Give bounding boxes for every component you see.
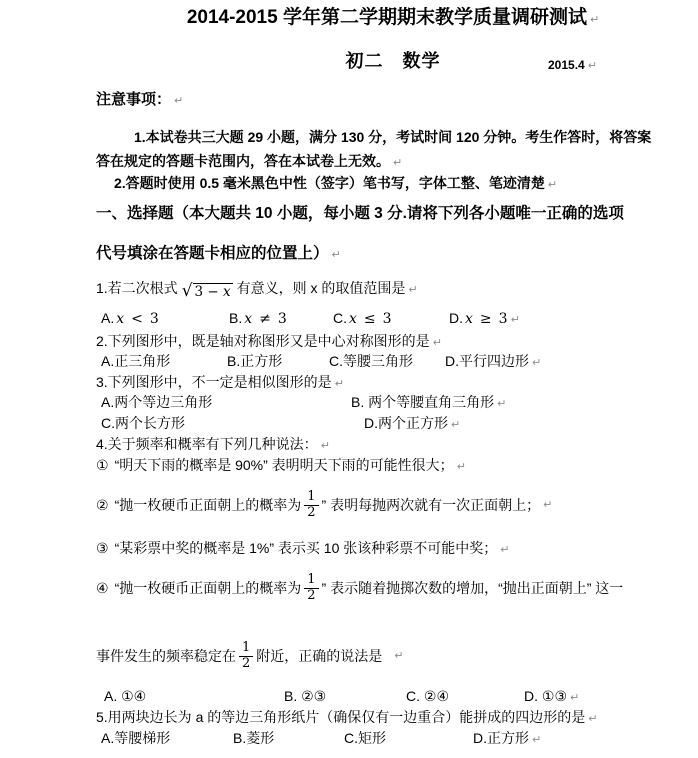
relation-symbol: <: [131, 311, 143, 327]
q1-stem-suffix: 有意义，则 x 的取值范围是: [237, 280, 406, 296]
paragraph-mark: ↵: [532, 357, 541, 369]
paragraph-mark: ↵: [457, 461, 466, 473]
option-value: 3: [150, 311, 159, 327]
page-title-text: 2014-2015 学年第二学期期末教学质量调研测试: [187, 7, 587, 28]
fraction-denominator: 2: [239, 657, 253, 672]
q4-option-a: A. ①④: [104, 686, 146, 706]
question1-stem: 1.若二次根式√3 − x有意义，则 x 的取值范围是↵: [96, 278, 690, 301]
circled-4: ④: [96, 578, 109, 598]
notice-item1-line1-text: 1.本试卷共三大题 29 小题，满分 130 分，考试时间 120 分钟。考生作…: [134, 129, 651, 145]
notice-heading-text: 注意事项：: [96, 91, 171, 108]
q1-option-b: B.x≠3: [229, 308, 287, 329]
paragraph-mark: ↵: [588, 60, 597, 72]
q4-statement2-pre: “抛一枚硬币正面朝上的概率为: [115, 495, 302, 515]
q4-statement4-pre: “抛一枚硬币正面朝上的概率为: [115, 578, 302, 598]
q4-option-d-text: D. ①③: [524, 688, 567, 704]
option-variable: x: [349, 311, 357, 327]
q2-option-a: A.正三角形: [101, 351, 170, 371]
option-variable: x: [465, 311, 473, 327]
option-value: 3: [499, 311, 508, 327]
paragraph-mark: ↵: [321, 440, 330, 452]
q2-option-d-text: D.平行四边形: [445, 353, 529, 369]
q4-statement2-post: ” 表明每抛两次就有一次正面朝上；: [322, 495, 541, 515]
q5-stem-text: 5.用两块边长为 a 的等边三角形纸片（确保仅有一边重合）能拼成的四边形的是: [96, 709, 585, 725]
q4-continuation-post: 附近，正确的说法是: [256, 646, 382, 666]
option-label: C.: [333, 310, 347, 326]
q5-option-c: C.矩形: [344, 728, 386, 748]
q1-option-a: A.x<3: [101, 308, 159, 329]
paragraph-mark: ↵: [548, 179, 557, 191]
q2-option-d: D.平行四边形↵: [445, 351, 541, 373]
option-label: D.: [449, 310, 463, 326]
relation-symbol: ≤: [364, 311, 376, 327]
paragraph-mark: ↵: [393, 157, 402, 169]
exam-date: 2015.4↵: [548, 54, 597, 77]
exam-date-text: 2015.4: [548, 58, 585, 72]
option-label: A.: [101, 310, 114, 326]
paragraph-mark: ↵: [433, 337, 442, 349]
q4-option-c: C. ②④: [406, 686, 449, 706]
question3-stem: 3.下列图形中，不一定是相似图形的是↵: [96, 372, 690, 394]
q4-statement1: ①“明天下雨的概率是 90%” 表明明天下雨的可能性很大；↵: [96, 455, 690, 477]
section1-heading-line1: 一、选择题（本大题共 10 小题，每小题 3 分.请将下列各小题唯一正确的选项: [96, 204, 690, 224]
q4-statement4-continuation: 事件发生的频率稳定在12附近，正确的说法是↵: [96, 633, 690, 679]
q4-continuation-pre: 事件发生的频率稳定在: [96, 646, 236, 666]
paragraph-mark: ↵: [335, 378, 344, 390]
fraction-one-half: 12: [239, 641, 253, 672]
paragraph-mark: ↵: [543, 495, 552, 515]
option-value: 3: [383, 311, 392, 327]
q3-option-c: C.两个长方形: [101, 413, 185, 433]
question4-stem: 4.关于频率和概率有下列几种说法：↵: [96, 434, 690, 456]
q4-statement1-text: “明天下雨的概率是 90%” 表明明天下雨的可能性很大；: [115, 457, 454, 473]
q4-option-b: B. ②③: [284, 686, 326, 706]
square-root-expression: √3 − x: [182, 283, 233, 301]
q3-option-d: D.两个正方形↵: [364, 413, 460, 435]
q2-stem-text: 2.下列图形中，既是轴对称图形又是中心对称图形的是: [96, 333, 430, 349]
section1-heading-line2: 代号填涂在答题卡相应的位置上）↵: [96, 244, 690, 265]
q2-option-b: B.正方形: [227, 351, 282, 371]
q3-option-b: B. 两个等腰直角三角形↵: [351, 392, 506, 414]
q4-option-d: D. ①③↵: [524, 686, 579, 708]
paragraph-mark: ↵: [590, 14, 599, 26]
notice-item2-text: 2.答题时使用 0.5 毫米黑色中性（签字）笔书写，字体工整、笔迹清楚: [114, 175, 545, 191]
paragraph-mark: ↵: [332, 249, 341, 261]
radicand: 3 − x: [193, 283, 233, 301]
section1-heading-line1-text: 一、选择题（本大题共 10 小题，每小题 3 分.请将下列各小题唯一正确的选项: [96, 205, 624, 222]
q5-option-a: A.等腰梯形: [101, 728, 170, 748]
circled-3: ③: [96, 540, 109, 556]
option-variable: x: [244, 311, 252, 327]
q3-option-d-text: D.两个正方形: [364, 415, 448, 431]
option-variable: x: [116, 311, 124, 327]
q1-option-d: D.x≥3↵: [449, 308, 520, 330]
q4-statement3-text: “某彩票中奖的概率是 1%” 表示买 10 张该种彩票不可能中奖；: [115, 540, 498, 556]
page-title: 2014-2015 学年第二学期期末教学质量调研测试↵: [96, 6, 690, 32]
fraction-numerator: 1: [304, 573, 318, 589]
notice-item2: 2.答题时使用 0.5 毫米黑色中性（签字）笔书写，字体工整、笔迹清楚↵: [96, 173, 698, 195]
question5-stem: 5.用两块边长为 a 的等边三角形纸片（确保仅有一边重合）能拼成的四边形的是↵: [96, 707, 690, 729]
fraction-numerator: 1: [239, 641, 253, 657]
notice-item1-line2-text: 答在规定的答题卡范围内，答在本试卷上无效。: [96, 153, 390, 169]
fraction-one-half: 12: [304, 490, 318, 521]
fraction-numerator: 1: [304, 490, 318, 506]
paragraph-mark: ↵: [497, 398, 506, 410]
q1-option-c: C.x≤3: [333, 308, 392, 329]
radicand-number: 3 −: [195, 284, 223, 300]
circled-1: ①: [96, 457, 109, 473]
paragraph-mark: ↵: [451, 419, 460, 431]
q5-option-d-text: D.正方形: [473, 730, 529, 746]
paragraph-mark: ↵: [500, 544, 509, 556]
q5-option-b: B.菱形: [233, 728, 274, 748]
q3-stem-text: 3.下列图形中，不一定是相似图形的是: [96, 374, 332, 390]
relation-symbol: ≥: [480, 311, 492, 327]
paragraph-mark: ↵: [174, 95, 183, 107]
radical-sign: √: [182, 283, 193, 300]
q4-stem-text: 4.关于频率和概率有下列几种说法：: [96, 436, 318, 452]
exam-paper-page: 2014-2015 学年第二学期期末教学质量调研测试↵ 初二 数学 2015.4…: [0, 0, 698, 758]
circled-2: ②: [96, 495, 109, 515]
q2-option-c: C.等腰三角形: [329, 351, 413, 371]
notice-heading: 注意事项：↵: [96, 90, 690, 111]
paragraph-mark: ↵: [408, 284, 417, 296]
paragraph-mark: ↵: [511, 314, 520, 326]
fraction-denominator: 2: [304, 589, 318, 604]
paragraph-mark: ↵: [394, 646, 403, 666]
q4-statement3: ③“某彩票中奖的概率是 1%” 表示买 10 张该种彩票不可能中奖；↵: [96, 538, 690, 560]
option-label: B.: [229, 310, 242, 326]
fraction-denominator: 2: [304, 506, 318, 521]
q4-statement2: ②“抛一枚硬币正面朝上的概率为12” 表明每抛两次就有一次正面朝上；↵: [96, 482, 690, 528]
section1-heading-line2-text: 代号填涂在答题卡相应的位置上）: [96, 245, 329, 262]
q4-statement4: ④“抛一枚硬币正面朝上的概率为12” 表示随着抛掷次数的增加，“抛出正面朝上” …: [96, 565, 690, 611]
q1-stem-prefix: 1.若二次根式: [96, 280, 178, 296]
relation-symbol: ≠: [259, 311, 271, 327]
fraction-one-half: 12: [304, 573, 318, 604]
paragraph-mark: ↵: [570, 692, 579, 704]
subject-line: 初二 数学 2015.4↵: [96, 50, 698, 72]
subject-text: 初二 数学: [346, 51, 441, 71]
notice-item1-line2: 答在规定的答题卡范围内，答在本试卷上无效。↵: [96, 151, 690, 173]
notice-item1-line1: 1.本试卷共三大题 29 小题，满分 130 分，考试时间 120 分钟。考生作…: [96, 127, 698, 147]
paragraph-mark: ↵: [532, 734, 541, 746]
radicand-variable: x: [223, 284, 231, 300]
q4-statement4-post: ” 表示随着抛掷次数的增加，“抛出正面朝上” 这一: [322, 578, 624, 598]
paragraph-mark: ↵: [588, 713, 597, 725]
option-value: 3: [278, 311, 287, 327]
q5-option-d: D.正方形↵: [473, 728, 541, 750]
question2-stem: 2.下列图形中，既是轴对称图形又是中心对称图形的是↵: [96, 331, 690, 353]
q3-option-b-text: B. 两个等腰直角三角形: [351, 394, 494, 410]
q3-option-a: A.两个等边三角形: [101, 392, 212, 412]
